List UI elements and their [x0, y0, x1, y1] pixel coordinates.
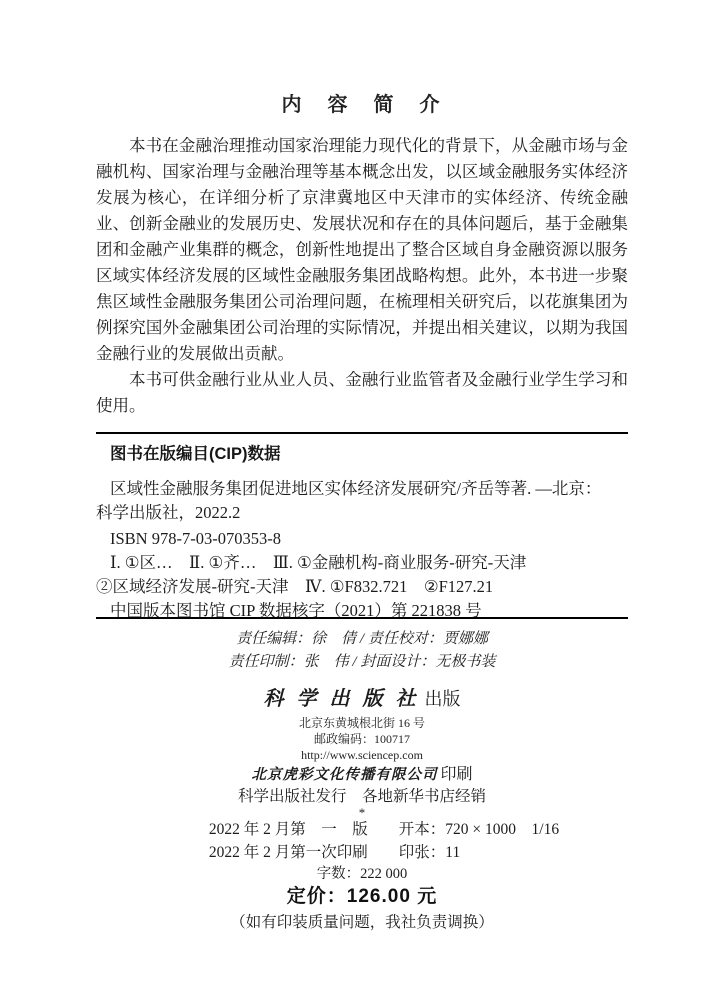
publisher-postcode: 邮政编码：100717 [96, 731, 628, 747]
cip-entry-line-1: 区域性金融服务集团促进地区实体经济发展研究/齐岳等著. —北京： [96, 477, 628, 501]
impression-line: 2022 年 2 月第一次印刷 印张：11 [209, 842, 559, 865]
printer-role-label: 印刷 [440, 766, 472, 783]
cip-heading: 图书在版编目(CIP)数据 [96, 443, 628, 465]
summary-paragraph-1: 本书在金融治理推动国家治理能力现代化的背景下，从金融市场与金融机构、国家治理与金… [96, 133, 628, 367]
credits-editor-proofreader: 责任编辑：徐 倩 / 责任校对：贾娜娜 [96, 628, 628, 651]
divider-bottom-rule [96, 617, 628, 619]
printer-name: 北京虎彩文化传播有限公司 [251, 767, 437, 783]
distribution-line: 科学出版社发行 各地新华书店经销 [96, 786, 628, 807]
cip-isbn: ISBN 978-7-03-070353-8 [96, 527, 628, 551]
credits-printer-designer: 责任印制：张 伟 / 封面设计：无极书装 [96, 651, 628, 674]
price-line: 定价：126.00 元 [96, 884, 628, 910]
exchange-note: （如有印装质量问题，我社负责调换） [96, 912, 628, 934]
cip-classification-line-2: ②区域经济发展-研究-天津 Ⅳ. ①F832.721 ②F127.21 [96, 575, 628, 599]
book-copyright-page: 内 容 简 介 本书在金融治理推动国家治理能力现代化的背景下，从金融市场与金融机… [0, 0, 720, 1000]
publisher-name: 科 学 出 版 社 [264, 688, 420, 710]
publisher-website: http://www.sciencep.com [96, 747, 628, 763]
summary-paragraph-2: 本书可供金融行业从业人员、金融行业监管者及金融行业学生学习和使用。 [96, 367, 628, 419]
content-summary-section: 内 容 简 介 本书在金融治理推动国家治理能力现代化的背景下，从金融市场与金融机… [96, 88, 628, 434]
divider-top-rule [96, 432, 628, 434]
colophon-section: 科 学 出 版 社出版 北京东黄城根北街 16 号 邮政编码：100717 ht… [96, 686, 628, 934]
cip-classification-line-1: Ⅰ. ①区… Ⅱ. ①齐… Ⅲ. ①金融机构-商业服务-研究-天津 [96, 551, 628, 575]
star-separator: * [96, 807, 628, 819]
publisher-address: 北京东黄城根北街 16 号 [96, 715, 628, 731]
cip-entry-line-2: 科学出版社，2022.2 [96, 501, 628, 525]
cip-data-section: 图书在版编目(CIP)数据 区域性金融服务集团促进地区实体经济发展研究/齐岳等著… [96, 443, 628, 623]
staff-credits-section: 责任编辑：徐 倩 / 责任校对：贾娜娜 责任印制：张 伟 / 封面设计：无极书装 [96, 628, 628, 674]
publisher-role-label: 出版 [425, 689, 461, 709]
edition-block: 2022 年 2 月第 一 版 开本：720 × 1000 1/16 2022 … [209, 819, 559, 864]
cip-record-number: 中国版本图书馆 CIP 数据核字（2021）第 221838 号 [96, 599, 628, 623]
edition-line: 2022 年 2 月第 一 版 开本：720 × 1000 1/16 [209, 819, 559, 842]
edition-block-wrapper: 2022 年 2 月第 一 版 开本：720 × 1000 1/16 2022 … [96, 819, 628, 864]
page-title: 内 容 简 介 [96, 88, 628, 117]
printer-line: 北京虎彩文化传播有限公司印刷 [96, 764, 628, 786]
word-count-line: 字数：222 000 [96, 864, 628, 884]
publisher-line: 科 学 出 版 社出版 [96, 686, 628, 712]
